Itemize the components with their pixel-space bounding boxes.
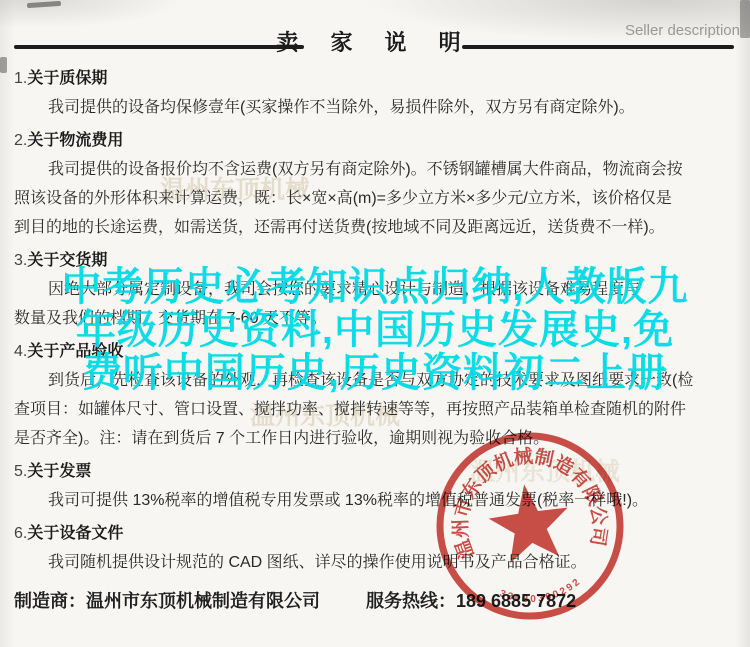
overlay-headline-line2: 年级历史资料,中国历史发展史,免 <box>0 309 750 352</box>
company-seal: 温州市东顶机械制造有限公司 3303030029262 <box>428 424 632 628</box>
section-title: 关于设备文件 <box>27 525 123 542</box>
page-subtitle-english: Seller description <box>625 22 740 39</box>
overlay-headline-line3: 费听中国历史,历史资料初二上册 <box>0 352 750 395</box>
section-text-line: 查项目：如罐体尺寸、管口设置、搅拌功率、搅拌转速等等，再按照产品装箱单检查随机的… <box>14 395 736 424</box>
seller-description-document: 卖 家 说 明 Seller description 温州东顶机械 温州东顶机械… <box>0 0 750 647</box>
manufacturer-label: 制造商： <box>14 591 86 611</box>
overlay-headline-line1: 中考历史必考知识点归纳,人教版九 <box>0 266 750 309</box>
section-text-line: 到目的地的长途运费，如需送货，还需再付送货费(按地域不同及距离远近，送货费不一样… <box>14 213 736 242</box>
scan-smudge <box>27 1 61 8</box>
title-rule-left <box>14 45 304 49</box>
section-text-line: 照该设备的外形体积来计算运费，既：长×宽×高(m)=多少立方米×多少元/立方米，… <box>14 184 736 213</box>
scan-smudge <box>740 0 750 38</box>
section-number: 2. <box>14 132 27 149</box>
section-number: 1. <box>14 70 27 87</box>
section-title: 关于物流费用 <box>27 132 123 149</box>
section-heading-logistics: 2.关于物流费用 <box>14 126 736 155</box>
section-number: 6. <box>14 525 27 542</box>
section-title: 关于发票 <box>27 463 91 480</box>
section-text-line: 我司提供的设备均保修壹年(买家操作不当除外，易损件除外，双方另有商定除外)。 <box>14 93 736 122</box>
section-text-line: 我司提供的设备报价均不含运费(双方另有商定除外)。不锈钢罐槽属大件商品，物流商会… <box>14 155 736 184</box>
overlay-headline: 中考历史必考知识点归纳,人教版九 年级历史资料,中国历史发展史,免 费听中国历史… <box>0 266 750 395</box>
title-rule-right <box>462 45 734 49</box>
section-heading-warranty: 1.关于质保期 <box>14 64 736 93</box>
page-title: 卖 家 说 明 <box>276 26 473 57</box>
manufacturer-name: 温州市东顶机械制造有限公司 <box>86 591 320 611</box>
section-number: 5. <box>14 463 27 480</box>
scan-smudge <box>0 57 7 73</box>
seal-star-icon <box>485 479 575 565</box>
section-title: 关于质保期 <box>27 70 107 87</box>
